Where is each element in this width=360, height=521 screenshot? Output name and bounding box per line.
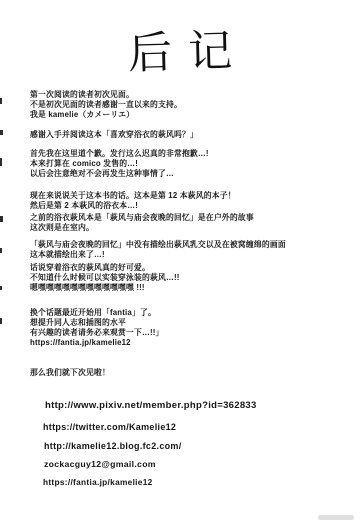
paragraph: 话说穿着浴衣的萩风真的好可爱。 不知道什么时候可以实装穿泳装的萩风…!! 嗯嘿嘿…: [30, 263, 180, 293]
fc2-blog-url: http://kamelie12.blog.fc2.com/: [44, 441, 182, 451]
scan-artifact: [0, 318, 2, 324]
text-line: 首先我在这里道个歉。发行这么迟真的非常抱歉…!: [30, 149, 209, 159]
twitter-url: https://twitter.com/Kamelie12: [43, 422, 176, 432]
text-line: 现在来说说关于这本书的话。这本是第 12 本萩风的本子！: [30, 191, 236, 201]
scan-artifact: [0, 98, 2, 104]
text-line: 第一次阅读的读者初次见面。: [30, 90, 182, 100]
text-line: 然后是第 2 本萩风的浴衣本…!: [30, 201, 236, 211]
paragraph: 感谢入手并阅读这本「喜欢穿浴衣的萩风吗？」: [30, 130, 198, 140]
text-line: 那么我们就下次见啦！: [30, 368, 110, 378]
text-line: 有兴趣的读者请务必来观赏一下…!!」: [30, 328, 164, 338]
text-line: 感谢入手并阅读这本「喜欢穿浴衣的萩风吗？」: [30, 130, 198, 140]
text-line: 不是初次见面的读者感谢一直以来的支持。: [30, 100, 182, 110]
text-line: 以后会注意绝对不会再发生这种事情了…: [30, 169, 209, 179]
text-line: 「萩风与庙会夜晚的回忆」中没有描绘出萩风乳交以及在被窝缠绵的画面: [30, 240, 286, 250]
scan-artifact: [0, 248, 2, 253]
text-line: 话说穿着浴衣的萩风真的好可爱。: [30, 263, 180, 273]
scan-artifact: [0, 158, 2, 166]
closing-line: 那么我们就下次见啦！: [30, 368, 110, 378]
page-title: 后记: [0, 11, 360, 84]
paragraph: 「萩风与庙会夜晚的回忆」中没有描绘出萩风乳交以及在被窝缠绵的画面 这本就描绘出来…: [30, 240, 286, 260]
pixiv-url: http://www.pixiv.net/member.php?id=36283…: [45, 400, 257, 411]
afterword-page: 后记 第一次阅读的读者初次见面。 不是初次见面的读者感谢一直以来的支持。 我是 …: [0, 0, 360, 521]
fantia-url: https://fantia.jp/kamelie12: [43, 477, 153, 487]
paragraph: 换个话题最近开始用「fantia」了。 想提升同人志和插图的水平 有兴趣的读者请…: [30, 308, 164, 348]
text-line: 想提升同人志和插图的水平: [30, 318, 164, 328]
scan-artifact: [0, 216, 3, 222]
scan-artifact: [0, 286, 2, 290]
paragraph: 现在来说说关于这本书的话。这本是第 12 本萩风的本子！ 然后是第 2 本萩风的…: [30, 191, 236, 211]
text-line: 之前的浴衣萩风本是「萩风与庙会夜晚的回忆」是在户外的故事: [30, 213, 254, 223]
email-address: zockacguy12@gmail.com: [44, 459, 156, 469]
text-line: 换个话题最近开始用「fantia」了。: [30, 308, 164, 318]
paragraph: 第一次阅读的读者初次见面。 不是初次见面的读者感谢一直以来的支持。 我是 kam…: [30, 90, 182, 120]
fantia-url-inline: https://fantia.jp/kamelie12: [30, 338, 164, 348]
paragraph: 之前的浴衣萩风本是「萩风与庙会夜晚的回忆」是在户外的故事 这次则是在室内。: [30, 213, 254, 233]
text-line: 本来打算在 comico 发售的…!: [30, 159, 209, 169]
text-line: 我是 kamelie（カメーリエ）: [30, 110, 182, 120]
text-line: 不知道什么时候可以实装穿泳装的萩风…!!: [30, 273, 180, 283]
scan-artifact: [0, 130, 3, 135]
text-line: 嗯嘿嘿嘿嘿嘿嘿嘿嘿嘿嘿嘿嘿 !!!: [30, 283, 180, 293]
scan-smudge: [318, 515, 354, 520]
text-line: 这次则是在室内。: [30, 223, 254, 233]
text-line: 这本就描绘出来了…!: [30, 250, 286, 260]
paragraph: 首先我在这里道个歉。发行这么迟真的非常抱歉…! 本来打算在 comico 发售的…: [30, 149, 209, 179]
